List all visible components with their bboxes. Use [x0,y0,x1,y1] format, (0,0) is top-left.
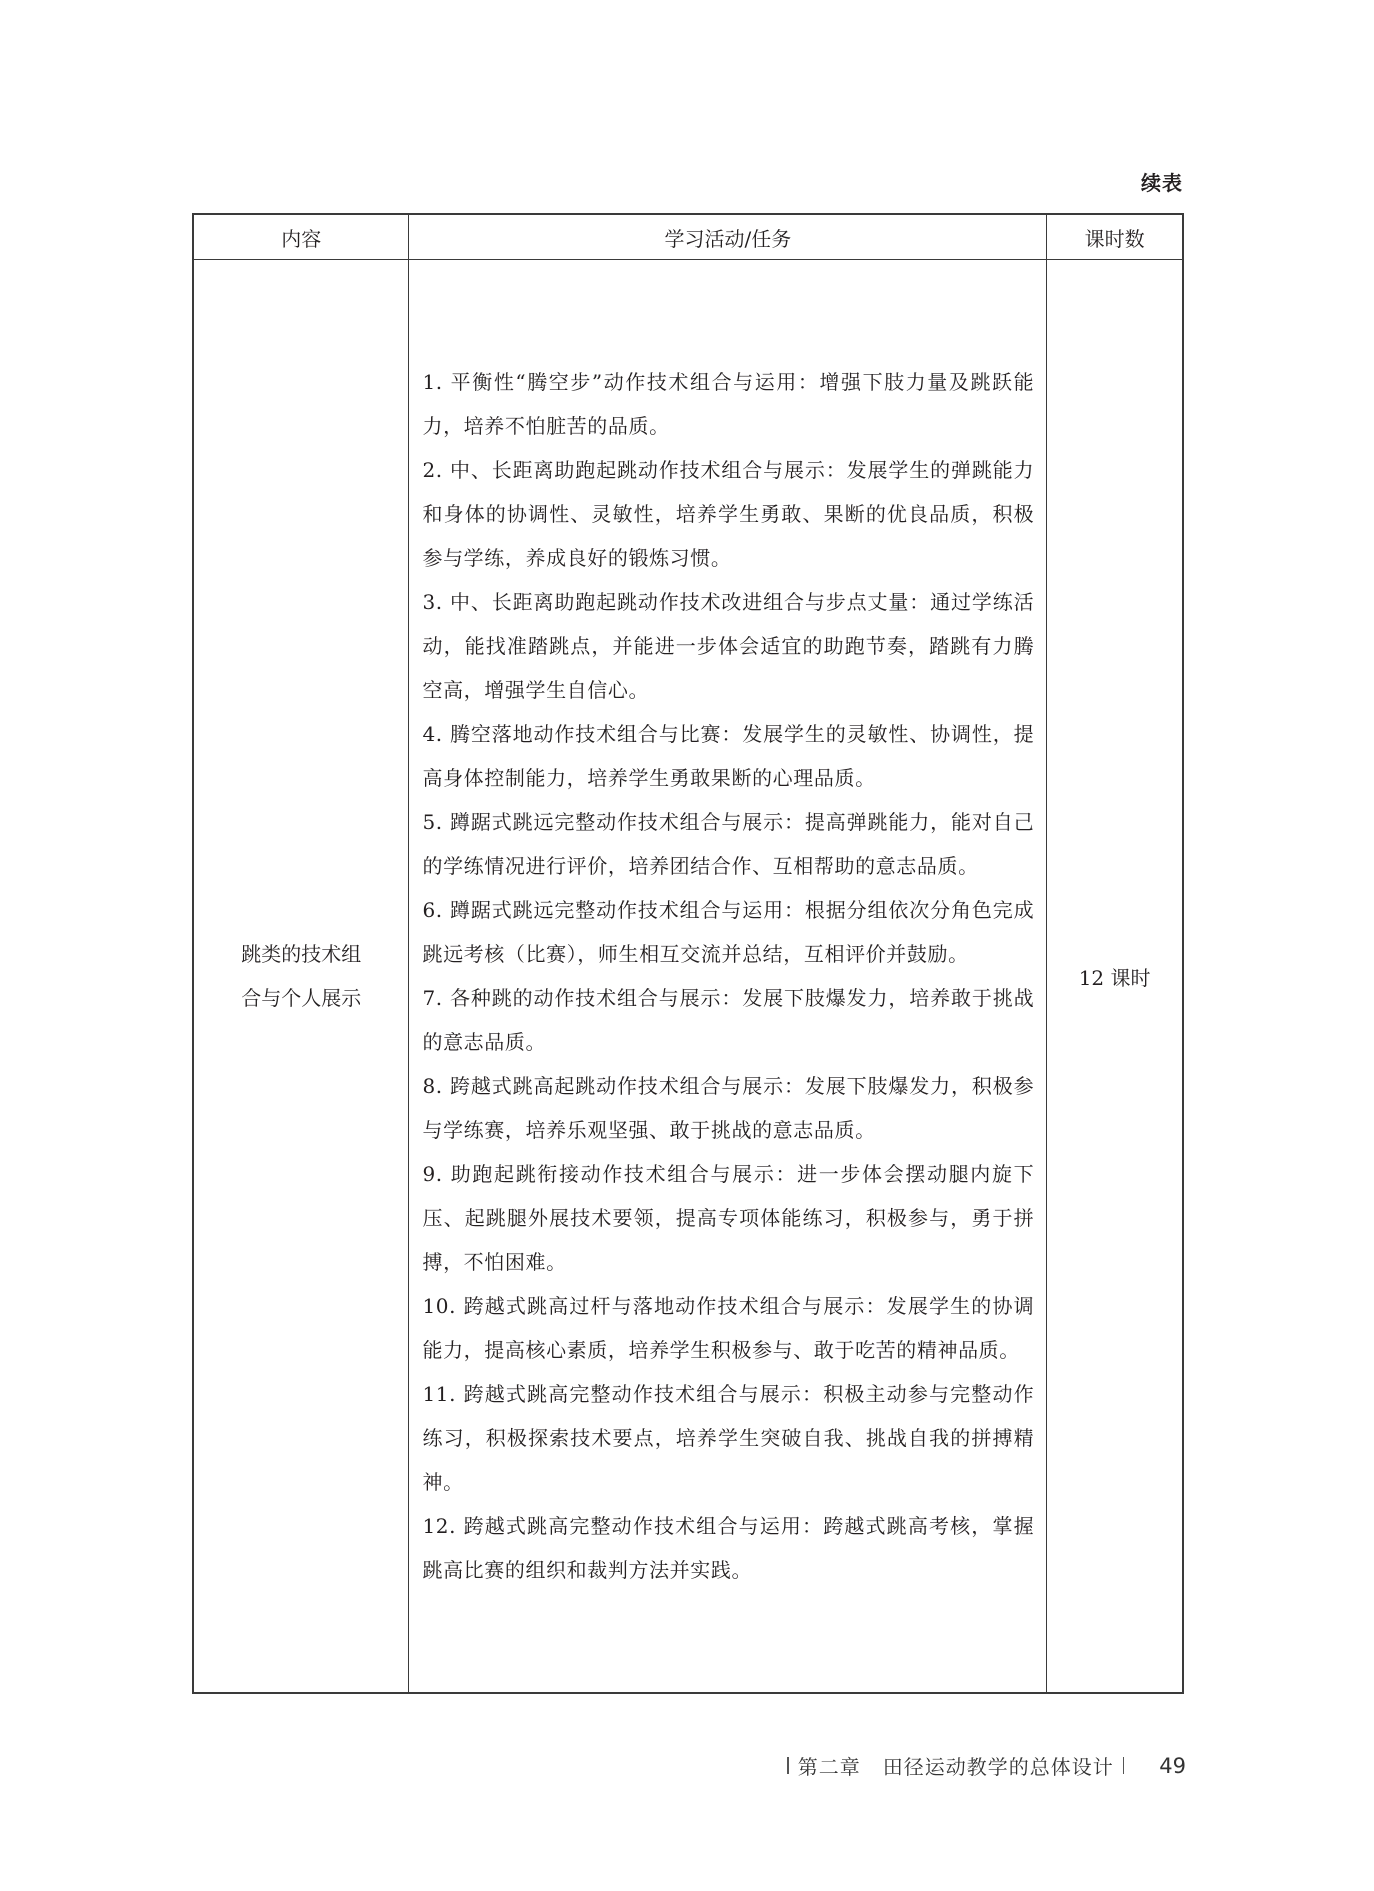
header-activities: 学习活动/任务 [409,214,1047,260]
activity-item: 3. 中、长距离助跑起跳动作技术改进组合与步点丈量：通过学练活动，能找准踏跳点，… [422,580,1034,712]
footer-title: 田径运动教学的总体设计 [883,1751,1114,1780]
activity-item: 6. 蹲踞式跳远完整动作技术组合与运用：根据分组依次分角色完成跳远考核（比赛），… [422,888,1034,976]
activity-item: 1. 平衡性“腾空步”动作技术组合与运用：增强下肢力量及跳跃能力，培养不怕脏苦的… [422,360,1034,448]
hours-cell: 12 课时 [1047,260,1183,1694]
header-hours: 课时数 [1047,214,1183,260]
footer-chapter: 第二章 [798,1751,861,1780]
activity-item: 11. 跨越式跳高完整动作技术组合与展示：积极主动参与完整动作练习，积极探索技术… [422,1372,1034,1504]
activity-item: 9. 助跑起跳衔接动作技术组合与展示：进一步体会摆动腿内旋下压、起跳腿外展技术要… [422,1152,1034,1284]
table-row: 跳类的技术组合与个人展示 1. 平衡性“腾空步”动作技术组合与运用：增强下肢力量… [193,260,1183,1694]
header-content: 内容 [193,214,409,260]
activities-cell: 1. 平衡性“腾空步”动作技术组合与运用：增强下肢力量及跳跃能力，培养不怕脏苦的… [409,260,1047,1694]
activity-item: 8. 跨越式跳高起跳动作技术组合与展示：发展下肢爆发力，积极参与学练赛，培养乐观… [422,1064,1034,1152]
continued-table-label: 续表 [1141,167,1183,196]
table-header-row: 内容 学习活动/任务 课时数 [193,214,1183,260]
activity-item: 5. 蹲踞式跳远完整动作技术组合与展示：提高弹跳能力，能对自己的学练情况进行评价… [422,800,1034,888]
content-text: 跳类的技术组合与个人展示 [238,932,364,1020]
page-footer: 第二章 田径运动教学的总体设计 49 [778,1751,1186,1780]
footer-divider-right [1123,1757,1125,1774]
content-cell: 跳类的技术组合与个人展示 [193,260,409,1694]
activity-item: 10. 跨越式跳高过杆与落地动作技术组合与展示：发展学生的协调能力，提高核心素质… [422,1284,1034,1372]
activity-item: 7. 各种跳的动作技术组合与展示：发展下肢爆发力，培养敢于挑战的意志品质。 [422,976,1034,1064]
footer-divider-left [787,1757,789,1774]
activity-item: 2. 中、长距离助跑起跳动作技术组合与展示：发展学生的弹跳能力和身体的协调性、灵… [422,448,1034,580]
page-number: 49 [1159,1754,1186,1778]
activity-item: 12. 跨越式跳高完整动作技术组合与运用：跨越式跳高考核，掌握跳高比赛的组织和裁… [422,1504,1034,1592]
lesson-plan-table: 内容 学习活动/任务 课时数 跳类的技术组合与个人展示 1. 平衡性“腾空步”动… [192,213,1184,1694]
activity-item: 4. 腾空落地动作技术组合与比赛：发展学生的灵敏性、协调性，提高身体控制能力，培… [422,712,1034,800]
